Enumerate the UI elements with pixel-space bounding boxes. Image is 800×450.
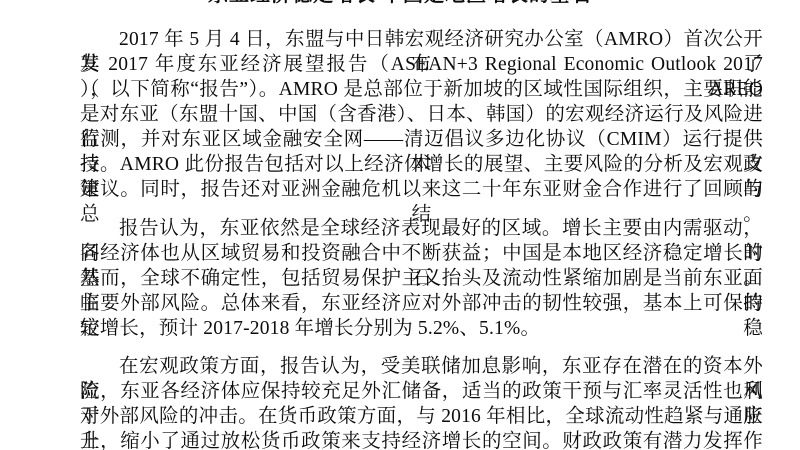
document-title: 东亚经济稳定增长 中国是地区增长的基石: [0, 0, 800, 8]
text-line: 其 2017 年度东亚经济展望报告（ASEAN+3 Regional Econo…: [80, 52, 763, 77]
document-body: 2017 年 5 月 4 日，东盟与中日韩宏观经济研究办公室（AMRO）首次公开…: [80, 27, 763, 450]
text-line: 监测，并对东亚区域金融安全网——清迈倡议多边化协议（CMIM）运行提供技术支: [80, 127, 763, 152]
document-page: 东亚经济稳定增长 中国是地区增长的基石 2017 年 5 月 4 日，东盟与中日…: [0, 0, 800, 450]
text-line: 险，东亚各经济体应保持较充足外汇储备，适当的政策干预与汇率灵活性也利于应: [80, 379, 763, 404]
text-line: 主要外部风险。总体来看，东亚经济应对外部冲击的韧性较强，基本上可保持较稳: [80, 291, 763, 316]
text-line: 持。AMRO 此份报告包括对以上经济体增长的展望、主要风险的分析及宏观政策的: [80, 152, 763, 177]
text-line: 建议。同时，报告还对亚洲金融危机以来这二十年东亚财金合作进行了回顾与总结。: [80, 177, 763, 202]
text-line: 各经济体也从区域贸易和投资融合中不断获益；中国是本地区经济稳定增长的基石。: [80, 241, 763, 266]
text-line: 然而，全球不确定性，包括贸易保护主义抬头及流动性紧缩加剧是当前东亚面临的: [80, 266, 763, 291]
text-line: 是对东亚（东盟十国、中国（含香港）、日本、韩国）的宏观经济运行及风险进行: [80, 102, 763, 127]
clipped-heading-area: 东亚经济稳定增长 中国是地区增长的基石: [0, 0, 800, 8]
text-line: 升，缩小了通过放松货币政策来支持经济增长的空间。财政政策有潜力发挥作用抵: [80, 429, 763, 450]
paragraph-policy: 在宏观政策方面，报告认为，受美联储加息影响，东亚存在潜在的资本外流风 险，东亚各…: [80, 354, 763, 450]
text-line: 在宏观政策方面，报告认为，受美联储加息影响，东亚存在潜在的资本外流风: [80, 354, 763, 379]
text-line: 2017 年 5 月 4 日，东盟与中日韩宏观经济研究办公室（AMRO）首次公开…: [80, 27, 763, 52]
text-line: ），以下简称“报告”）。AMRO 是总部位于新加坡的区域性国际组织，主要职能: [80, 77, 763, 102]
paragraph-intro: 2017 年 5 月 4 日，东盟与中日韩宏观经济研究办公室（AMRO）首次公开…: [80, 27, 763, 202]
paragraph-outlook: 报告认为，东亚依然是全球经济表现最好的区域。增长主要由内需驱动，同时 各经济体也…: [80, 216, 763, 341]
text-line: 报告认为，东亚依然是全球经济表现最好的区域。增长主要由内需驱动，同时: [80, 216, 763, 241]
text-line: 对外部风险的冲击。在货币政策方面，与 2016 年相比，全球流动性趋紧与通胀上: [80, 404, 763, 429]
